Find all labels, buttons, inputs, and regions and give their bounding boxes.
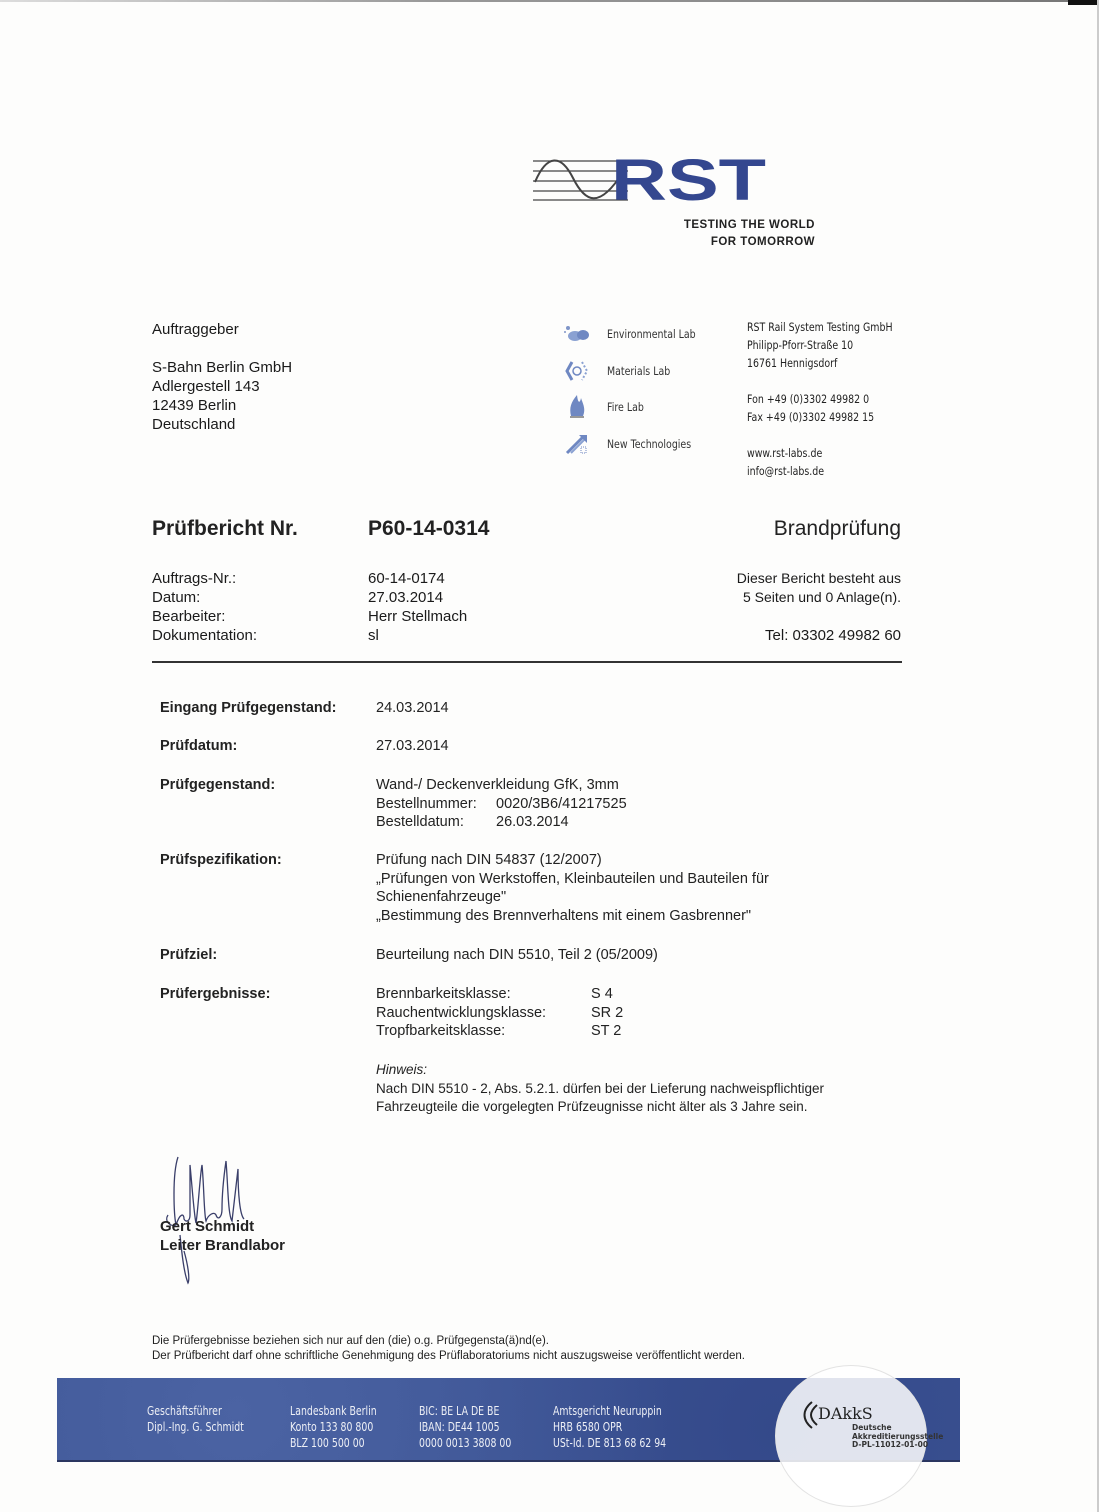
disclaimer-line: Der Prüfbericht darf ohne schriftliche G… <box>152 1349 745 1364</box>
disclaimer-line: Die Prüfergebnisse beziehen sich nur auf… <box>152 1334 745 1349</box>
report-meta-values: 60-14-0174 27.03.2014 Herr Stellmach sl <box>368 569 467 645</box>
ziel-label: Prüfziel: <box>160 947 217 963</box>
lab-label: Fire Lab <box>607 400 644 414</box>
meta-value: sl <box>368 626 467 645</box>
pruefdatum-label: Prüfdatum: <box>160 738 237 754</box>
result-value: SR 2 <box>591 1004 623 1023</box>
client-street: Adlergestell 143 <box>152 377 292 396</box>
gegenstand-block: Wand-/ Deckenverkleidung GfK, 3mm Bestel… <box>376 776 627 832</box>
client-address: S-Bahn Berlin GmbH Adlergestell 143 1243… <box>152 358 292 434</box>
footer-col-register: Amtsgericht Neuruppin HRB 6580 OPR USt-I… <box>553 1403 666 1451</box>
footer-line: 0000 0013 3808 00 <box>419 1435 511 1451</box>
footer-line: Landesbank Berlin <box>290 1403 377 1419</box>
footer-line: Konto 133 80 800 <box>290 1419 377 1435</box>
meta-value: 27.03.2014 <box>368 588 467 607</box>
bestellnummer-label: Bestellnummer: <box>376 795 496 814</box>
footer-col-iban: BIC: BE LA DE BE IBAN: DE44 1005 0000 00… <box>419 1403 511 1451</box>
footer-col-management: Geschäftsführer Dipl.-Ing. G. Schmidt <box>147 1403 244 1435</box>
flame-icon <box>563 395 591 419</box>
company-email-link[interactable]: info@rst-labs.de <box>747 462 893 480</box>
client-label: Auftraggeber <box>152 321 239 338</box>
gegenstand-label: Prüfgegenstand: <box>160 777 275 793</box>
meta-value: Herr Stellmach <box>368 607 467 626</box>
report-pages-info: Dieser Bericht besteht aus 5 Seiten und … <box>650 569 901 645</box>
lab-item: Fire Lab <box>563 389 715 426</box>
ergebnisse-block: Brennbarkeitsklasse: S 4 Rauchentwicklun… <box>376 985 623 1041</box>
footer-line: Dipl.-Ing. G. Schmidt <box>147 1419 244 1435</box>
result-label: Rauchentwicklungsklasse: <box>376 1004 591 1023</box>
company-fax: Fax +49 (0)3302 49982 15 <box>747 408 893 426</box>
spezifikation-line: Prüfung nach DIN 54837 (12/2007) <box>376 851 769 870</box>
lab-label: Materials Lab <box>607 364 670 378</box>
footer-disclaimer: Die Prüfergebnisse beziehen sich nur auf… <box>152 1334 745 1364</box>
hinweis-block: Hinweis: Nach DIN 5510 - 2, Abs. 5.2.1. … <box>376 1061 824 1117</box>
meta-label: Auftrags-Nr.: <box>152 569 257 588</box>
company-street: Philipp-Pforr-Straße 10 <box>747 336 893 354</box>
client-name: S-Bahn Berlin GmbH <box>152 358 292 377</box>
labs-list: Environmental Lab Materials Lab Fire Lab… <box>563 316 715 462</box>
pages-line: Dieser Bericht besteht aus <box>650 569 901 588</box>
report-meta-labels: Auftrags-Nr.: Datum: Bearbeiter: Dokumen… <box>152 569 257 645</box>
signatory-role: Leiter Brandlabor <box>160 1236 285 1255</box>
result-label: Tropfbarkeitsklasse: <box>376 1022 591 1041</box>
spezifikation-value: Prüfung nach DIN 54837 (12/2007) „Prüfun… <box>376 851 769 925</box>
tagline-line: FOR TOMORROW <box>620 234 815 251</box>
bestellnummer-value: 0020/3B6/41217525 <box>496 795 627 814</box>
result-label: Brennbarkeitsklasse: <box>376 985 591 1004</box>
footer-line: HRB 6580 OPR <box>553 1419 666 1435</box>
rst-logo: RST <box>533 152 768 204</box>
footer-col-bank: Landesbank Berlin Konto 133 80 800 BLZ 1… <box>290 1403 377 1451</box>
hinweis-line: Nach DIN 5510 - 2, Abs. 5.2.1. dürfen be… <box>376 1080 824 1099</box>
footer-line: BLZ 100 500 00 <box>290 1435 377 1451</box>
result-value: ST 2 <box>591 1022 621 1041</box>
pages-line: 5 Seiten und 0 Anlage(n). <box>650 588 901 607</box>
dakks-details: Deutsche Akkreditierungsstelle D-PL-1101… <box>852 1424 943 1450</box>
signatory: Gert Schmidt Leiter Brandlabor <box>160 1217 285 1255</box>
eingang-label: Eingang Prüfgegenstand: <box>160 700 336 716</box>
dakks-arc-icon <box>800 1400 820 1430</box>
svg-text:RST: RST <box>611 152 766 204</box>
bestelldatum-value: 26.03.2014 <box>496 813 569 832</box>
client-city: 12439 Berlin <box>152 396 292 415</box>
company-website-link[interactable]: www.rst-labs.de <box>747 444 893 462</box>
ziel-value: Beurteilung nach DIN 5510, Teil 2 (05/20… <box>376 946 658 965</box>
cloud-icon <box>563 322 591 346</box>
company-city: 16761 Hennigsdorf <box>747 354 893 372</box>
lab-item: New Technologies <box>563 426 715 463</box>
meta-value: 60-14-0174 <box>368 569 467 588</box>
result-row: Tropfbarkeitsklasse: ST 2 <box>376 1022 623 1041</box>
molecule-icon <box>563 359 591 383</box>
footer-line: IBAN: DE44 1005 <box>419 1419 511 1435</box>
footer-line: Amtsgericht Neuruppin <box>553 1403 666 1419</box>
company-contact: RST Rail System Testing GmbH Philipp-Pfo… <box>747 318 893 480</box>
report-tel: Tel: 03302 49982 60 <box>650 626 901 645</box>
bestelldatum-row: Bestelldatum: 26.03.2014 <box>376 813 627 832</box>
company-name: RST Rail System Testing GmbH <box>747 318 893 336</box>
lab-label: New Technologies <box>607 437 691 451</box>
pruefdatum-value: 27.03.2014 <box>376 737 449 756</box>
ergebnisse-label: Prüfergebnisse: <box>160 986 270 1002</box>
bestelldatum-label: Bestelldatum: <box>376 813 496 832</box>
report-number: P60-14-0314 <box>368 517 489 541</box>
eingang-value: 24.03.2014 <box>376 699 449 718</box>
dakks-id: D-PL-11012-01-00 <box>852 1441 943 1450</box>
scan-edge-corner <box>1068 0 1099 5</box>
gegenstand-value: Wand-/ Deckenverkleidung GfK, 3mm <box>376 776 627 795</box>
company-phone: Fon +49 (0)3302 49982 0 <box>747 390 893 408</box>
footer-line: BIC: BE LA DE BE <box>419 1403 511 1419</box>
result-value: S 4 <box>591 985 613 1004</box>
dakks-mark: DAkkS <box>818 1404 873 1423</box>
hinweis-line: Fahrzeugteile die vorgelegten Prüfzeugni… <box>376 1098 824 1117</box>
spezifikation-line: „Bestimmung des Brennverhaltens mit eine… <box>376 907 769 926</box>
spezifikation-line: „Prüfungen von Werkstoffen, Kleinbauteil… <box>376 870 769 889</box>
meta-label: Bearbeiter: <box>152 607 257 626</box>
footer-line: Geschäftsführer <box>147 1403 244 1419</box>
lab-item: Materials Lab <box>563 353 715 390</box>
report-title: Prüfbericht Nr. <box>152 517 298 541</box>
report-type: Brandprüfung <box>700 517 901 541</box>
scan-edge-top <box>0 0 1070 2</box>
result-row: Brennbarkeitsklasse: S 4 <box>376 985 623 1004</box>
meta-label: Dokumentation: <box>152 626 257 645</box>
lab-label: Environmental Lab <box>607 327 696 341</box>
footer-line: USt-Id. DE 813 68 62 94 <box>553 1435 666 1451</box>
spezifikation-line: Schienenfahrzeuge" <box>376 888 769 907</box>
signatory-name: Gert Schmidt <box>160 1217 285 1236</box>
growth-arrow-icon <box>563 432 591 456</box>
spezifikation-label: Prüfspezifikation: <box>160 852 282 868</box>
client-country: Deutschland <box>152 415 292 434</box>
bestellnummer-row: Bestellnummer: 0020/3B6/41217525 <box>376 795 627 814</box>
tagline-line: TESTING THE WORLD <box>620 217 815 234</box>
result-row: Rauchentwicklungsklasse: SR 2 <box>376 1004 623 1023</box>
logo-tagline: TESTING THE WORLD FOR TOMORROW <box>620 217 815 251</box>
meta-label: Datum: <box>152 588 257 607</box>
lab-item: Environmental Lab <box>563 316 715 353</box>
hinweis-label: Hinweis: <box>376 1061 824 1080</box>
divider <box>152 661 902 663</box>
